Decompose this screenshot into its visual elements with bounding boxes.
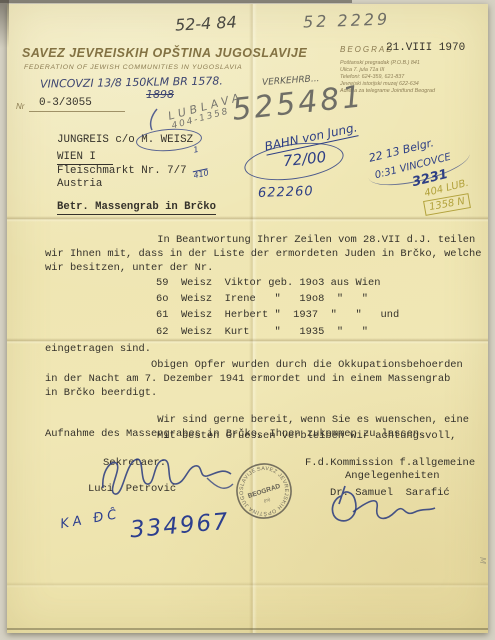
secretary-signature — [95, 448, 235, 503]
edge-mark: M — [478, 557, 487, 564]
letterhead-title: SAVEZ JEVREISKIH OPŠTINA JUGOSLAVIJE — [22, 46, 307, 60]
body-paragraph-1: In Beantwortung Ihrer Zeilen vom 28.VII … — [45, 234, 481, 275]
ref-number-line — [29, 111, 125, 112]
closing-line: Mit besten Gruessen verbleiben wir achtu… — [157, 430, 456, 442]
pen-note-crossed-out: 1898 — [146, 88, 174, 101]
commission-signature — [325, 482, 440, 542]
commission-title-line2: Angelegenheiten — [345, 470, 440, 482]
round-stamp: SAVEZ JEVREJSKIH OPŠTINA JUGOSLAVIJE BEO… — [225, 452, 303, 530]
letterhead-date: 21.VIII 1970 — [386, 42, 465, 54]
victims-list: 59 Weisz Viktor geb. 19o3 aus Wien 6o We… — [156, 275, 399, 340]
document-page: 52-4 84 52 2229 SAVEZ JEVREISKIH OPŠTINA… — [7, 4, 488, 633]
fold-crease-horizontal-3 — [7, 582, 488, 588]
scanned-letter-background: { "colors": { "paper": "#f0e7b5", "ink_t… — [0, 0, 495, 640]
fold-crease-horizontal-1 — [7, 216, 488, 222]
ref-number-value: 0-3/3055 — [39, 97, 92, 109]
letterhead-subtitle: FEDERATION OF JEWISH COMMUNITIES IN YUGO… — [24, 64, 242, 71]
recipient-street: Fleischmarkt Nr. 7/7 — [57, 165, 187, 177]
recipient-country: Austria — [57, 178, 102, 190]
commission-title-line1: F.d.Kommission f.allgemeine — [305, 457, 475, 469]
pen-note-vinkovci: VINCOVZI 13/8 150KLM BR 1578. — [40, 74, 223, 90]
recipient-city: WIEN I — [57, 151, 113, 165]
pen-note-334967: 334967 — [129, 509, 231, 544]
pencil-note-top-center: 52-4 84 — [175, 12, 238, 34]
subject-line: Betr. Massengrab in Brčko — [57, 201, 216, 215]
pen-tick-annotation — [143, 108, 163, 132]
paper-bottom-shadow — [7, 628, 488, 630]
scan-corner-shadow — [0, 0, 9, 48]
pen-note-kade: KA ĐĈ — [59, 507, 121, 532]
pen-note-622260: 622260 — [258, 184, 314, 201]
fraction-denominator: 410 — [193, 168, 210, 180]
stamp-sub-text: (m) — [263, 496, 271, 503]
scan-top-edge-shadow — [0, 0, 352, 3]
body-eingetragen: eingetragen sind. — [45, 343, 151, 355]
pencil-note-top-right: 52 2229 — [303, 9, 391, 31]
ref-number-label: Nr — [16, 102, 24, 111]
